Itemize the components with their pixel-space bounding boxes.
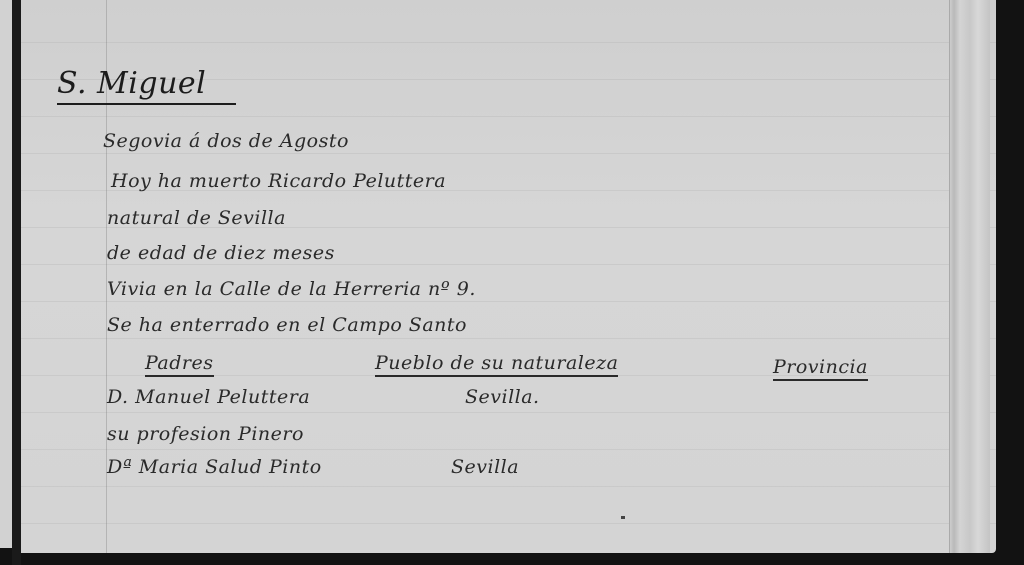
entry-line-deceased: Hoy ha muerto Ricardo Peluttera [111,170,446,192]
entry-line-origin: natural de Sevilla [107,207,286,229]
mother-pueblo: Sevilla [451,456,519,478]
mother-name: Dª Maria Salud Pinto [107,456,322,478]
father-profession: su profesion Pinero [107,423,304,445]
book-spine [12,0,21,565]
entry-line-age: de edad de diez meses [107,242,335,264]
entry-line-date: Segovia á dos de Agosto [103,130,349,152]
header-provincia: Provincia [773,356,868,381]
ink-speck [621,516,625,519]
entry-line-address: Vivia en la Calle de la Herreria nº 9. [107,278,476,300]
header-pueblo: Pueblo de su naturaleza [375,352,618,377]
father-pueblo: Sevilla. [465,386,540,408]
parish-title: S. Miguel [57,66,236,105]
page-fore-edge [949,0,990,553]
left-page-edge [0,0,12,548]
entry-line-burial: Se ha enterrado en el Campo Santo [107,314,467,336]
father-name: D. Manuel Peluttera [107,386,310,408]
register-page: S. Miguel Segovia á dos de Agosto Hoy ha… [21,0,996,553]
header-padres: Padres [145,352,214,377]
